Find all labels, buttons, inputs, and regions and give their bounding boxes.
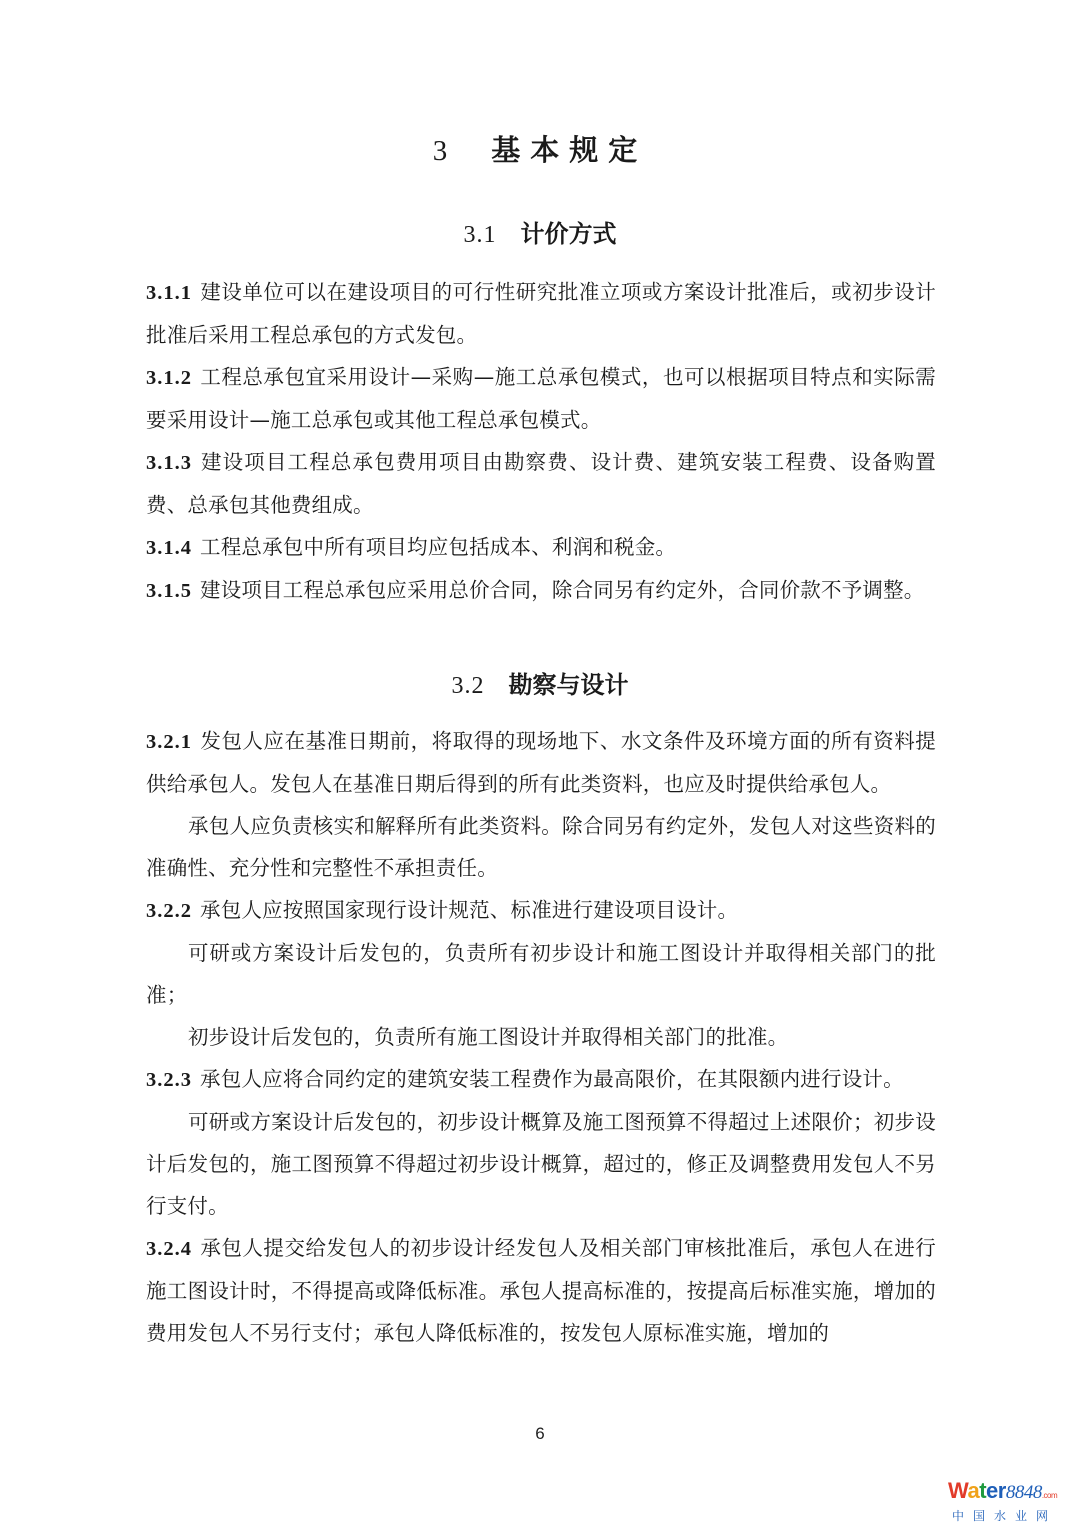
brand-letter: a bbox=[967, 1478, 979, 1503]
clause-3-2-1: 3.2.1发包人应在基准日期前，将取得的现场地下、水文条件及环境方面的所有资料提… bbox=[146, 720, 936, 805]
clause-text: 承包人应将合同约定的建筑安装工程费作为最高限价，在其限额内进行设计。 bbox=[200, 1067, 904, 1091]
paragraph: 初步设计后发包的，负责所有施工图设计并取得相关部门的批准。 bbox=[146, 1016, 936, 1058]
watermark-logo: Water8848.com 中国水业网 bbox=[948, 1480, 1078, 1524]
watermark-subtitle: 中国水业网 bbox=[952, 1507, 1078, 1525]
section-title-text: 计价方式 bbox=[521, 220, 617, 248]
clause-number: 3.2.4 bbox=[146, 1238, 192, 1260]
clause-text: 承包人应按照国家现行设计规范、标准进行建设项目设计。 bbox=[200, 898, 738, 922]
clause-number: 3.1.1 bbox=[146, 282, 192, 304]
paragraph-text: 可研或方案设计后发包的，初步设计概算及施工图预算不得超过上述限价；初步设计后发包… bbox=[146, 1110, 936, 1218]
section-number: 3.2 bbox=[452, 673, 485, 699]
clause-3-1-2: 3.1.2工程总承包宜采用设计—采购—施工总承包模式，也可以根据项目特点和实际需… bbox=[146, 356, 936, 441]
brand-letter: W bbox=[948, 1478, 967, 1503]
chapter-number: 3 bbox=[433, 135, 458, 167]
clause-3-2-2: 3.2.2承包人应按照国家现行设计规范、标准进行建设项目设计。 bbox=[146, 889, 936, 932]
section-number: 3.1 bbox=[464, 222, 497, 248]
clause-text: 发包人应在基准日期前，将取得的现场地下、水文条件及环境方面的所有资料提供给承包人… bbox=[146, 729, 936, 796]
clause-3-1-3: 3.1.3建设项目工程总承包费用项目由勘察费、设计费、建筑安装工程费、设备购置费… bbox=[146, 441, 936, 526]
chapter-title-text: 基本规定 bbox=[491, 133, 647, 167]
paragraph-text: 初步设计后发包的，负责所有施工图设计并取得相关部门的批准。 bbox=[188, 1025, 788, 1049]
clause-3-1-5: 3.1.5建设项目工程总承包应采用总价合同，除合同另有约定外，合同价款不予调整。 bbox=[146, 569, 936, 612]
chapter-title: 3基本规定 bbox=[0, 128, 1080, 173]
section-title-text: 勘察与设计 bbox=[509, 671, 629, 699]
clause-3-2-3: 3.2.3承包人应将合同约定的建筑安装工程费作为最高限价，在其限额内进行设计。 bbox=[146, 1058, 936, 1101]
clause-number: 3.1.2 bbox=[146, 367, 192, 389]
paragraph-text: 可研或方案设计后发包的，负责所有初步设计和施工图设计并取得相关部门的批准； bbox=[146, 941, 936, 1007]
clause-text: 建设项目工程总承包应采用总价合同，除合同另有约定外，合同价款不予调整。 bbox=[200, 578, 925, 602]
clause-number: 3.2.2 bbox=[146, 900, 192, 922]
clause-3-1-4: 3.1.4工程总承包中所有项目均应包括成本、利润和税金。 bbox=[146, 526, 936, 569]
paragraph: 可研或方案设计后发包的，负责所有初步设计和施工图设计并取得相关部门的批准； bbox=[146, 932, 936, 1016]
clause-number: 3.2.3 bbox=[146, 1069, 192, 1091]
section-3-2-body: 3.2.1发包人应在基准日期前，将取得的现场地下、水文条件及环境方面的所有资料提… bbox=[146, 720, 936, 1354]
clause-text: 建设项目工程总承包费用项目由勘察费、设计费、建筑安装工程费、设备购置费、总承包其… bbox=[146, 450, 936, 517]
clause-number: 3.2.1 bbox=[146, 731, 192, 753]
brand-digits: 8848 bbox=[1006, 1482, 1042, 1503]
page-number: 6 bbox=[0, 1424, 1080, 1444]
clause-3-2-4: 3.2.4承包人提交给发包人的初步设计经发包人及相关部门审核批准后，承包人在进行… bbox=[146, 1227, 936, 1354]
section-title-3-2: 3.2勘察与设计 bbox=[0, 667, 1080, 704]
brand-letter: t bbox=[979, 1478, 986, 1503]
section-title-3-1: 3.1计价方式 bbox=[0, 216, 1080, 253]
paragraph: 可研或方案设计后发包的，初步设计概算及施工图预算不得超过上述限价；初步设计后发包… bbox=[146, 1101, 936, 1227]
clause-text: 建设单位可以在建设项目的可行性研究批准立项或方案设计批准后，或初步设计批准后采用… bbox=[146, 280, 936, 347]
brand-suffix: .com bbox=[1042, 1491, 1057, 1500]
clause-number: 3.1.4 bbox=[146, 537, 192, 559]
clause-text: 承包人提交给发包人的初步设计经发包人及相关部门审核批准后，承包人在进行施工图设计… bbox=[146, 1236, 936, 1345]
paragraph-text: 承包人应负责核实和解释所有此类资料。除合同另有约定外，发包人对这些资料的准确性、… bbox=[146, 814, 936, 880]
clause-number: 3.1.3 bbox=[146, 452, 192, 474]
section-3-1-body: 3.1.1建设单位可以在建设项目的可行性研究批准立项或方案设计批准后，或初步设计… bbox=[146, 271, 936, 612]
clause-text: 工程总承包中所有项目均应包括成本、利润和税金。 bbox=[200, 535, 676, 559]
watermark-brand: Water8848.com bbox=[948, 1480, 1078, 1507]
paragraph: 承包人应负责核实和解释所有此类资料。除合同另有约定外，发包人对这些资料的准确性、… bbox=[146, 805, 936, 889]
clause-3-1-1: 3.1.1建设单位可以在建设项目的可行性研究批准立项或方案设计批准后，或初步设计… bbox=[146, 271, 936, 356]
clause-number: 3.1.5 bbox=[146, 580, 192, 602]
clause-text: 工程总承包宜采用设计—采购—施工总承包模式，也可以根据项目特点和实际需要采用设计… bbox=[146, 365, 936, 432]
brand-letter: er bbox=[986, 1478, 1006, 1503]
